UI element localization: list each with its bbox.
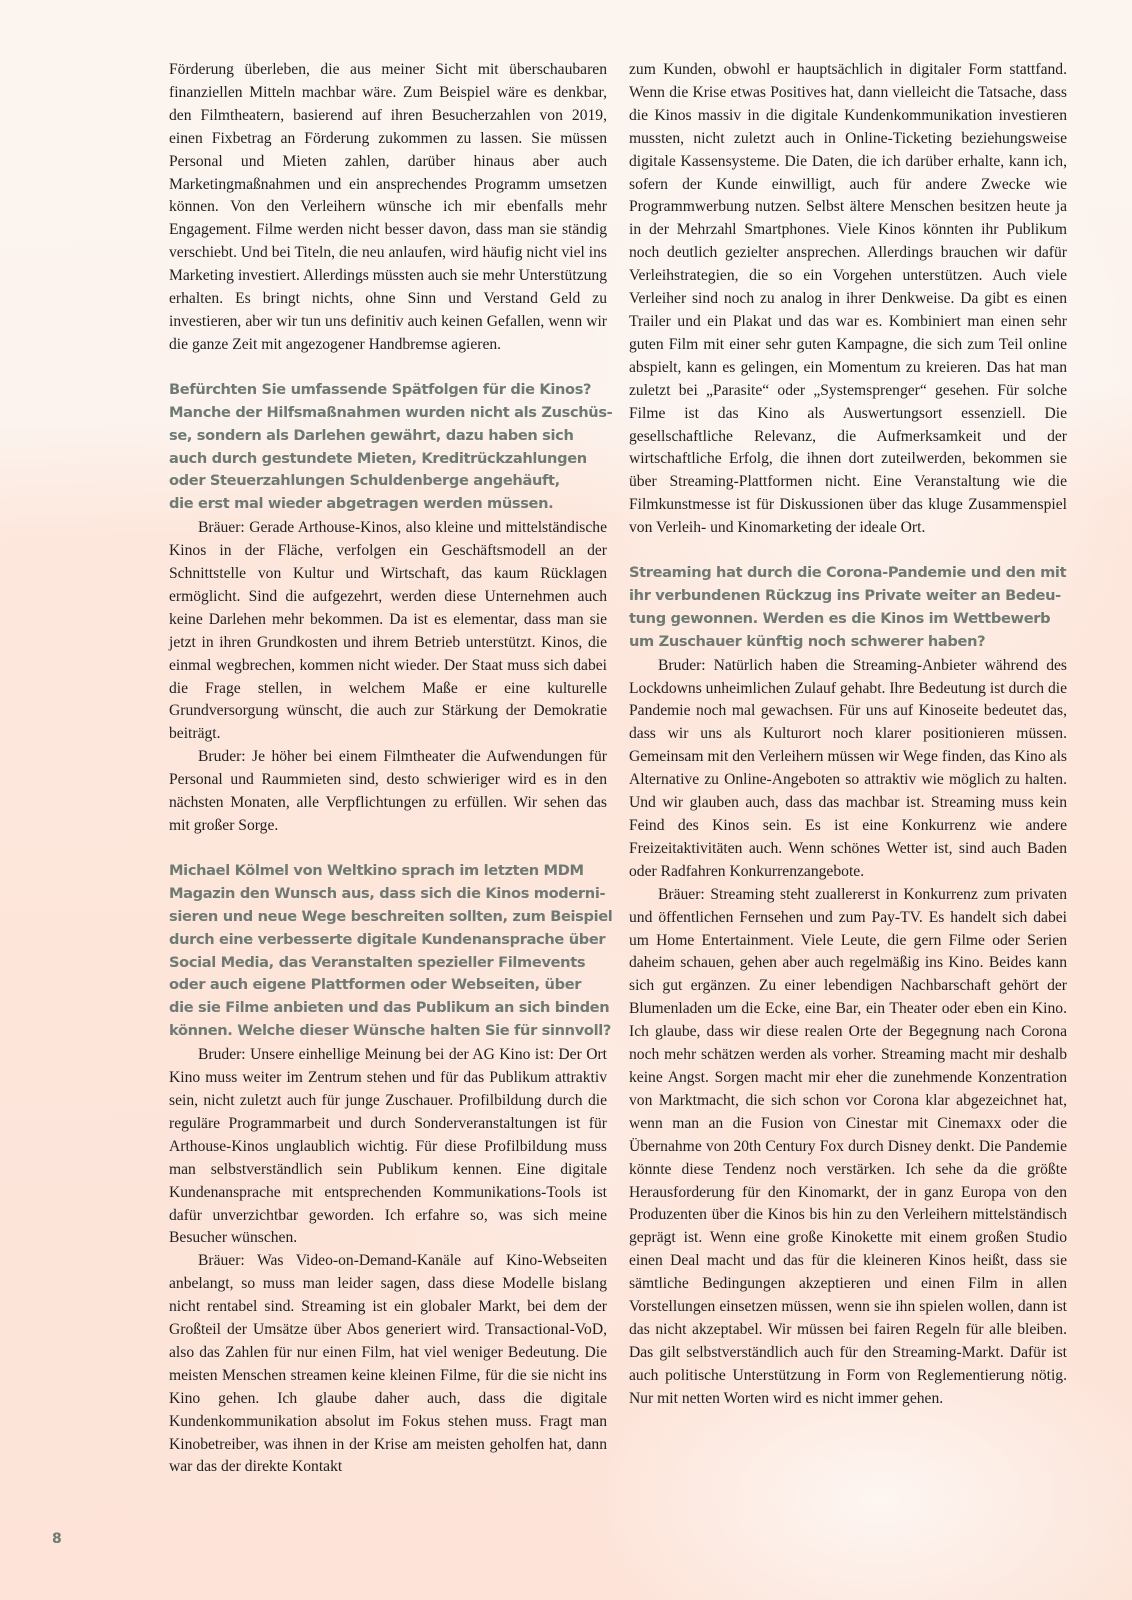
answer-bruder: Bruder: Natürlich haben die Streaming-An… <box>629 655 1067 884</box>
question-line: Befürchten Sie umfassende Spätfolgen für… <box>169 379 607 402</box>
question-line: die erst mal wieder abgetragen werden mü… <box>169 493 607 516</box>
question-line: auch durch gestundete Mieten, Kreditrück… <box>169 448 607 471</box>
question-line: sieren und neue Wege beschreiten sollten… <box>169 906 607 929</box>
question-line: können. Welche dieser Wünsche halten Sie… <box>169 1020 607 1043</box>
question-line: tung gewonnen. Werden es die Kinos im We… <box>629 608 1067 631</box>
page-number: 8 <box>52 1531 62 1547</box>
answer-bruder: Bruder: Unsere einhellige Meinung bei de… <box>169 1044 607 1250</box>
question-line: Manche der Hilfsmaßnahmen wurden nicht a… <box>169 402 607 425</box>
answer-braeuer: Bräuer: Was Video-on-Demand-Kanäle auf K… <box>169 1250 607 1479</box>
question-line: Michael Kölmel von Weltkino sprach im le… <box>169 860 607 883</box>
question-line: ihr verbundenen Rückzug ins Private weit… <box>629 585 1067 608</box>
question-line: oder auch eigene Plattformen oder Websei… <box>169 974 607 997</box>
question-line: die sie Filme anbieten und das Publikum … <box>169 997 607 1020</box>
magazine-page: Förderung überleben, die aus meiner Sich… <box>0 0 1132 1600</box>
question-line: Social Media, das Veranstalten spezielle… <box>169 952 607 975</box>
answer-braeuer: Bräuer: Gerade Arthouse-Kinos, also klei… <box>169 517 607 746</box>
question-line: um Zuschauer künftig noch schwerer haben… <box>629 631 1067 654</box>
question-line: oder Steuerzahlungen Schuldenberge angeh… <box>169 470 607 493</box>
answer-braeuer: Bräuer: Streaming steht zuallererst in K… <box>629 884 1067 1411</box>
answer-bruder: Bruder: Je höher bei einem Filmtheater d… <box>169 746 607 838</box>
interview-question-late-effects: Befürchten Sie umfassende Spätfolgen für… <box>169 379 607 516</box>
interview-question-streaming: Streaming hat durch die Corona-Pandemie … <box>629 562 1067 654</box>
right-column: zum Kunden, obwohl er hauptsächlich in d… <box>629 59 1067 1411</box>
answer-braeuer-continued: zum Kunden, obwohl er hauptsächlich in d… <box>629 59 1067 540</box>
body-paragraph-continued: Förderung überleben, die aus meiner Sich… <box>169 59 607 357</box>
question-line: Streaming hat durch die Corona-Pandemie … <box>629 562 1067 585</box>
question-line: durch eine verbesserte digitale Kundenan… <box>169 929 607 952</box>
question-line: se, sondern als Darlehen gewährt, dazu h… <box>169 425 607 448</box>
left-column: Förderung überleben, die aus meiner Sich… <box>169 59 607 1479</box>
question-line: Magazin den Wunsch aus, dass sich die Ki… <box>169 883 607 906</box>
interview-question-modernisation: Michael Kölmel von Weltkino sprach im le… <box>169 860 607 1043</box>
